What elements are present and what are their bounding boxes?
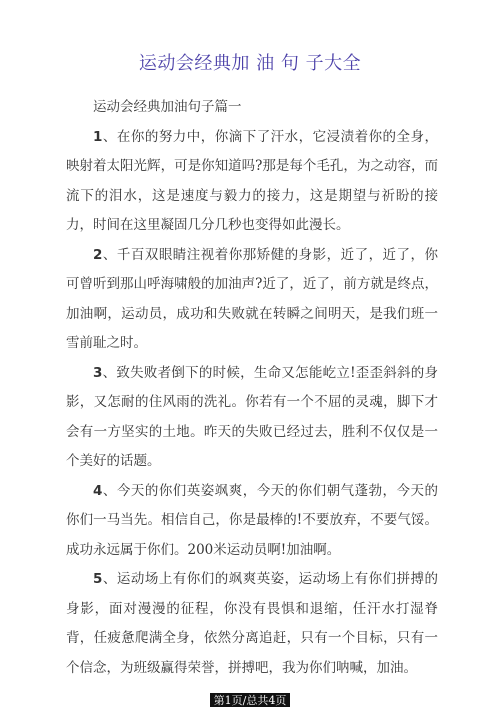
paragraph-number: 4 — [93, 483, 102, 499]
paragraph-text: 、在你的努力中，你滴下了汗水，它浸渍着你的全身，映射着太阳光辉，可是你知道吗?那… — [66, 129, 438, 234]
paragraph-4: 4、今天的你们英姿飒爽，今天的你们朝气蓬勃，今天的你们一马当先。相信自己，你是最… — [66, 477, 438, 566]
document-body: 运动会经典加油句子篇一 1、在你的努力中，你滴下了汗水，它浸渍着你的全身，映射着… — [66, 93, 438, 683]
page-footer: 第1页/总共4页 — [0, 689, 500, 707]
paragraph-number: 1 — [93, 129, 102, 145]
page-indicator: 第1页/总共4页 — [210, 693, 291, 707]
paragraph-text: 、千百双眼睛注视着你那矫健的身影，近了，近了，你可曾听到那山呼海啸般的加油声?近… — [66, 247, 438, 352]
paragraph-number: 3 — [93, 365, 102, 381]
paragraph-5: 5、运动场上有你们的飒爽英姿，运动场上有你们拼搏的身影，面对漫漫的征程，你没有畏… — [66, 565, 438, 683]
paragraph-number: 2 — [93, 247, 102, 263]
paragraph-text: 、运动场上有你们的飒爽英姿，运动场上有你们拼搏的身影，面对漫漫的征程，你没有畏惧… — [66, 571, 438, 676]
document-title: 运动会经典加 油 句 子大全 — [0, 49, 500, 75]
paragraph-3: 3、致失败者倒下的时候，生命又怎能屹立!歪歪斜斜的身影，又怎耐的住风雨的洗礼。你… — [66, 359, 438, 477]
paragraph-number: 5 — [93, 571, 102, 587]
paragraph-text: 、致失败者倒下的时候，生命又怎能屹立!歪歪斜斜的身影，又怎耐的住风雨的洗礼。你若… — [66, 365, 438, 470]
section-heading: 运动会经典加油句子篇一 — [66, 93, 438, 123]
paragraph-1: 1、在你的努力中，你滴下了汗水，它浸渍着你的全身，映射着太阳光辉，可是你知道吗?… — [66, 123, 438, 241]
paragraph-2: 2、千百双眼睛注视着你那矫健的身影，近了，近了，你可曾听到那山呼海啸般的加油声?… — [66, 241, 438, 359]
paragraph-text: 、今天的你们英姿飒爽，今天的你们朝气蓬勃，今天的你们一马当先。相信自己，你是最棒… — [66, 483, 438, 558]
